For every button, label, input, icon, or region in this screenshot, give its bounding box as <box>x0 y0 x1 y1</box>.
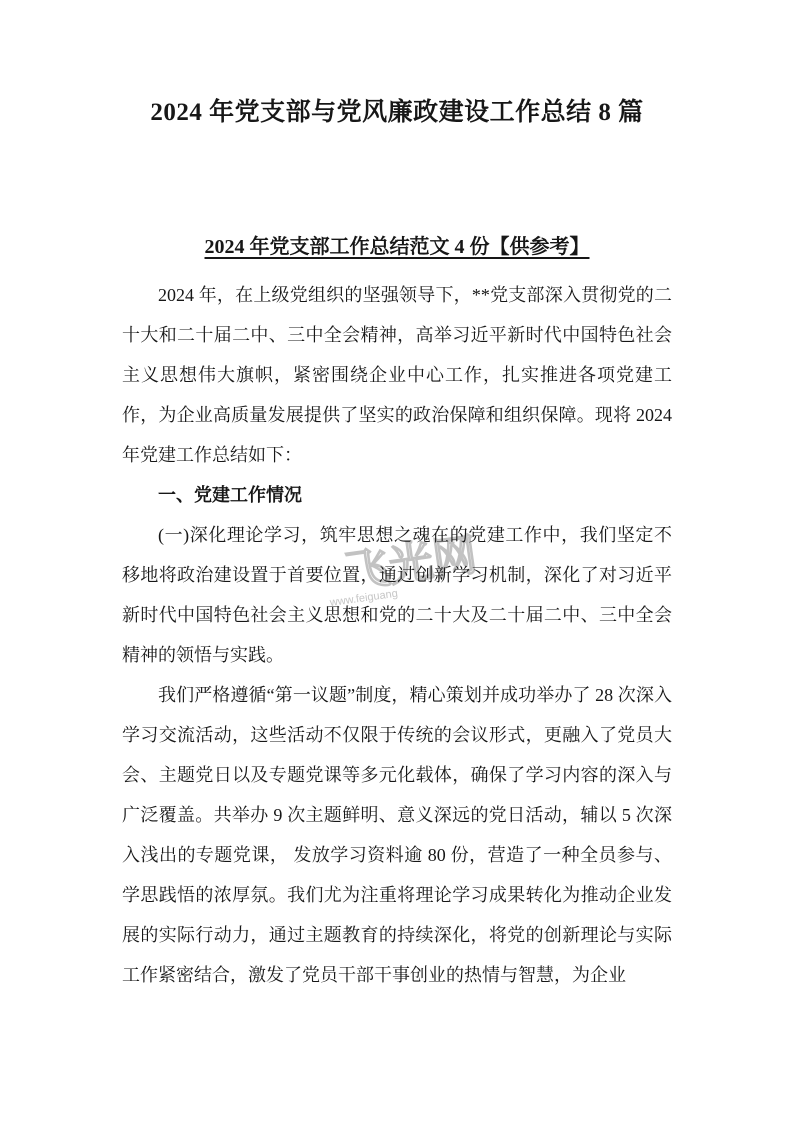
paragraph-first-topic-system: 我们严格遵循“第一议题”制度，精心策划并成功举办了 28 次深入学习交流活动，这… <box>122 675 672 995</box>
section-heading-1: 一、党建工作情况 <box>122 475 672 515</box>
paragraph-theory-study: (一)深化理论学习，筑牢思想之魂在的党建工作中，我们坚定不移地将政治建设置于首要… <box>122 515 672 675</box>
document-title: 2024 年党支部与党风廉政建设工作总结 8 篇 <box>122 96 672 130</box>
section-subtitle: 2024 年党支部工作总结范文 4 份【供参考】 <box>122 227 672 267</box>
paragraph-intro: 2024 年，在上级党组织的坚强领导下，**党支部深入贯彻党的二十大和二十届二中… <box>122 275 672 475</box>
document-body: 2024 年，在上级党组织的坚强领导下，**党支部深入贯彻党的二十大和二十届二中… <box>122 275 672 995</box>
document-page: 飞光网 www.feiguang 2024 年党支部与党风廉政建设工作总结 8 … <box>0 0 793 1122</box>
